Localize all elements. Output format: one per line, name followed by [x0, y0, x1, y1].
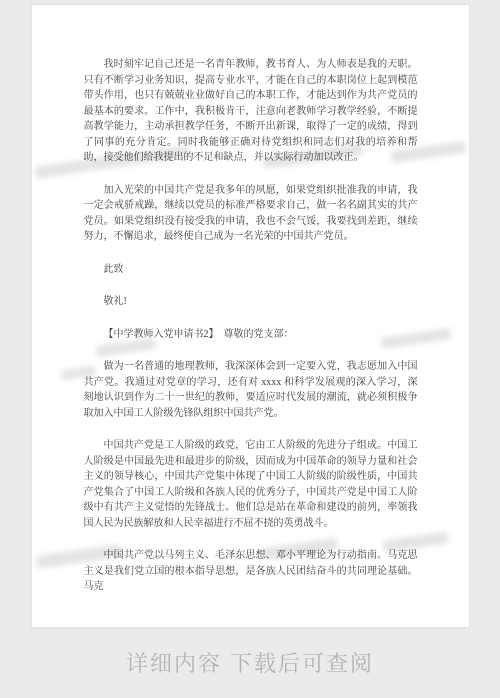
preview-background: 我时刻牢记自己还是一名青年教师，教书育人、为人师表是我的天职。只有不断学习业务知… [0, 5, 500, 698]
section-heading: 【中学教师入党申请书2】 尊敬的党支部： [84, 327, 418, 343]
document-content: 我时刻牢记自己还是一名青年教师，教书育人、为人师表是我的天职。只有不断学习业务知… [32, 5, 469, 595]
closing-line: 此致 [84, 262, 418, 278]
body-paragraph-4: 中国共产党是工人阶级的政党，它由工人阶级的先进分子组成。中国工人阶级是中国最先进… [84, 438, 418, 531]
body-paragraph-3: 做为一名普通的地理教师，我深深体会到一定要入党，我志愿加入中国共产党。我通过对党… [84, 359, 418, 421]
document-page: 我时刻牢记自己还是一名青年教师，教书育人、为人师表是我的天职。只有不断学习业务知… [32, 5, 469, 627]
body-paragraph-1: 我时刻牢记自己还是一名青年教师，教书育人、为人师表是我的天职。只有不断学习业务知… [84, 57, 418, 166]
download-notice-text: 详细内容 下载后可查阅 [126, 647, 374, 678]
body-paragraph-5-truncated: 中国共产党以马列主义、毛泽东思想、邓小平理论为行动指南。马克思主义是我们党立国的… [84, 548, 418, 595]
salute-line: 敬礼! [84, 294, 418, 310]
download-notice-bar: 详细内容 下载后可查阅 [0, 627, 500, 698]
body-paragraph-2: 加入光荣的中国共产党是我多年的夙愿，如果党组织批准我的申请，我一定会戒骄戒躁，继… [84, 183, 418, 245]
